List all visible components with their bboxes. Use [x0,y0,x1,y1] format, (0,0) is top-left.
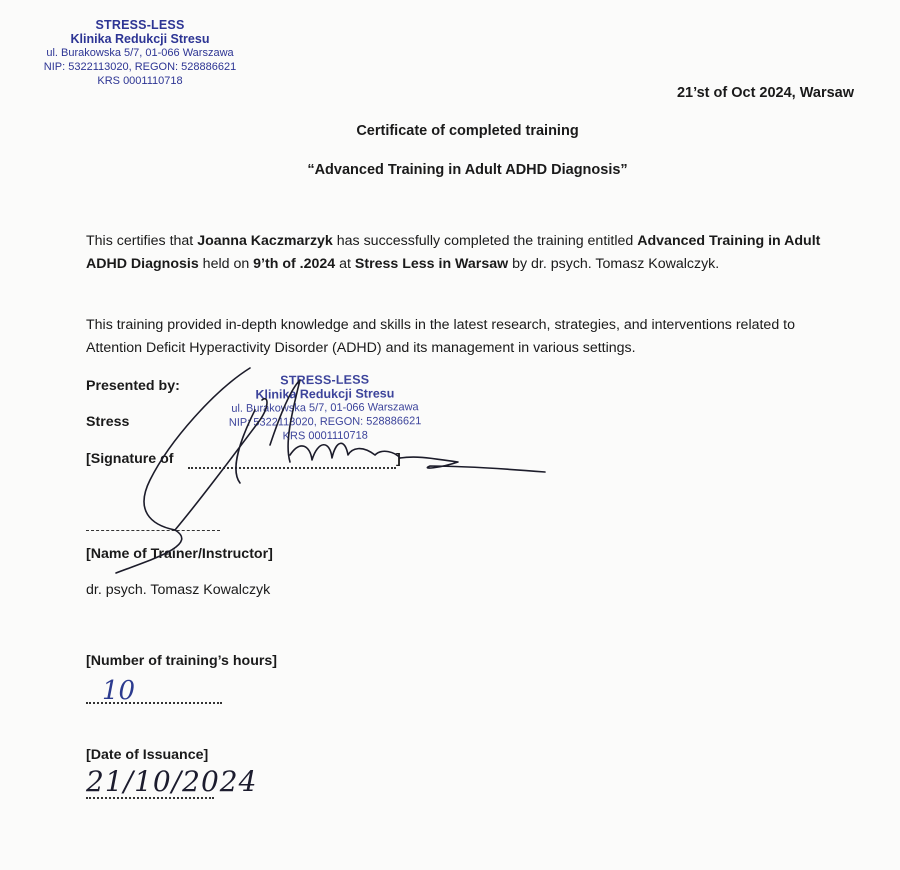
presented-by-label: Presented by: [86,378,180,394]
text: by dr. psych. Tomasz Kowalczyk. [508,256,719,272]
issuance-line [86,795,214,799]
issue-date-place: 21’st of Oct 2024, Warsaw [677,85,854,101]
certification-paragraph: This certifies that Joanna Kaczmarzyk ha… [86,230,826,276]
trainer-name-line [86,530,220,531]
signature-label: [Signature of [86,451,174,467]
stamp-address: ul. Burakowska 5/7, 01-066 Warszawa [20,46,260,60]
issuance-date-value: 21/10/2024 [86,765,257,798]
presenter-name: Stress [86,414,129,430]
text: held on [199,256,253,272]
stamp-krs: KRS 0001110718 [20,74,260,88]
trainer-label: [Name of Trainer/Instructor] [86,546,273,562]
stamp-tax-ids: NIP: 5322113020, REGON: 528886621 [20,60,260,74]
signature-line [188,465,396,469]
issuance-label: [Date of Issuance] [86,747,208,763]
hours-line [86,700,222,704]
certificate-page: STRESS-LESS Klinika Redukcji Stresu ul. … [0,0,900,870]
training-description: This training provided in-depth knowledg… [86,314,826,360]
clinic-stamp: STRESS-LESS Klinika Redukcji Stresu ul. … [205,372,446,444]
stamp-tax-ids: NIP: 5322113020, REGON: 528886621 [205,414,445,430]
certificate-title: Certificate of completed training [0,123,900,139]
course-title: “Advanced Training in Adult ADHD Diagnos… [0,162,900,178]
stamp-krs: KRS 0001110718 [205,428,445,444]
stamp-company-name: STRESS-LESS [20,18,260,32]
trainer-name: dr. psych. Tomasz Kowalczyk [86,582,270,598]
training-date: 9’th of .2024 [253,256,335,272]
training-venue: Stress Less in Warsaw [355,256,508,272]
text: at [335,256,355,272]
signature-bracket: ] [396,451,401,467]
text: This certifies that [86,233,197,249]
clinic-header-stamp: STRESS-LESS Klinika Redukcji Stresu ul. … [20,18,260,88]
participant-name: Joanna Kaczmarzyk [197,233,333,249]
text: has successfully completed the training … [333,233,637,249]
stamp-clinic-name: Klinika Redukcji Stresu [20,32,260,46]
hours-label: [Number of training’s hours] [86,653,277,669]
